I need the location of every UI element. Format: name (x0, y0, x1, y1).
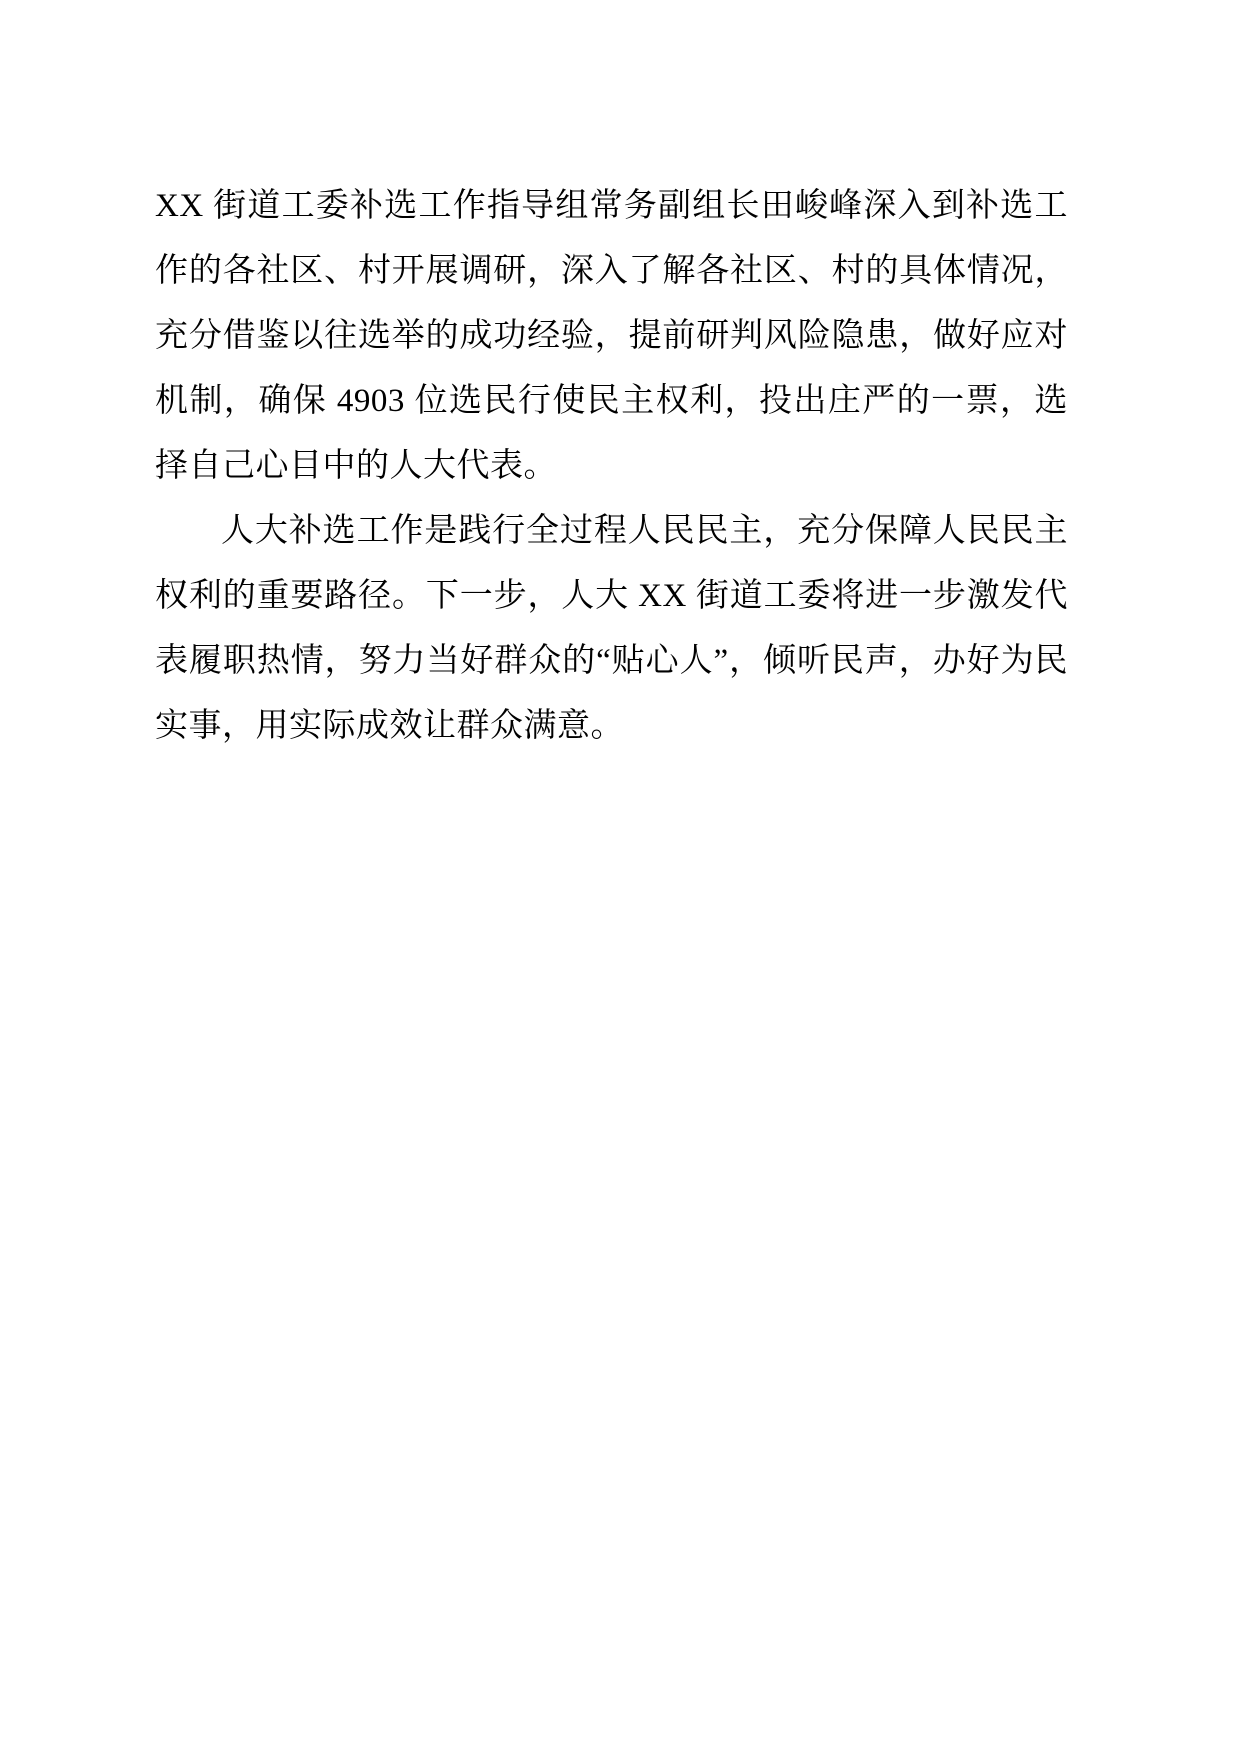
page-text-block: XX 街道工委补选工作指导组常务副组长田峻峰深入到补选工作的各社区、村开展调研，… (155, 174, 1068, 759)
paragraph-closing: 人大补选工作是践行全过程人民民主，充分保障人民民主权利的重要路径。下一步，人大 … (155, 499, 1068, 759)
paragraph-continuation: XX 街道工委补选工作指导组常务副组长田峻峰深入到补选工作的各社区、村开展调研，… (155, 174, 1068, 499)
document-page: XX 街道工委补选工作指导组常务副组长田峻峰深入到补选工作的各社区、村开展调研，… (0, 0, 1240, 1754)
